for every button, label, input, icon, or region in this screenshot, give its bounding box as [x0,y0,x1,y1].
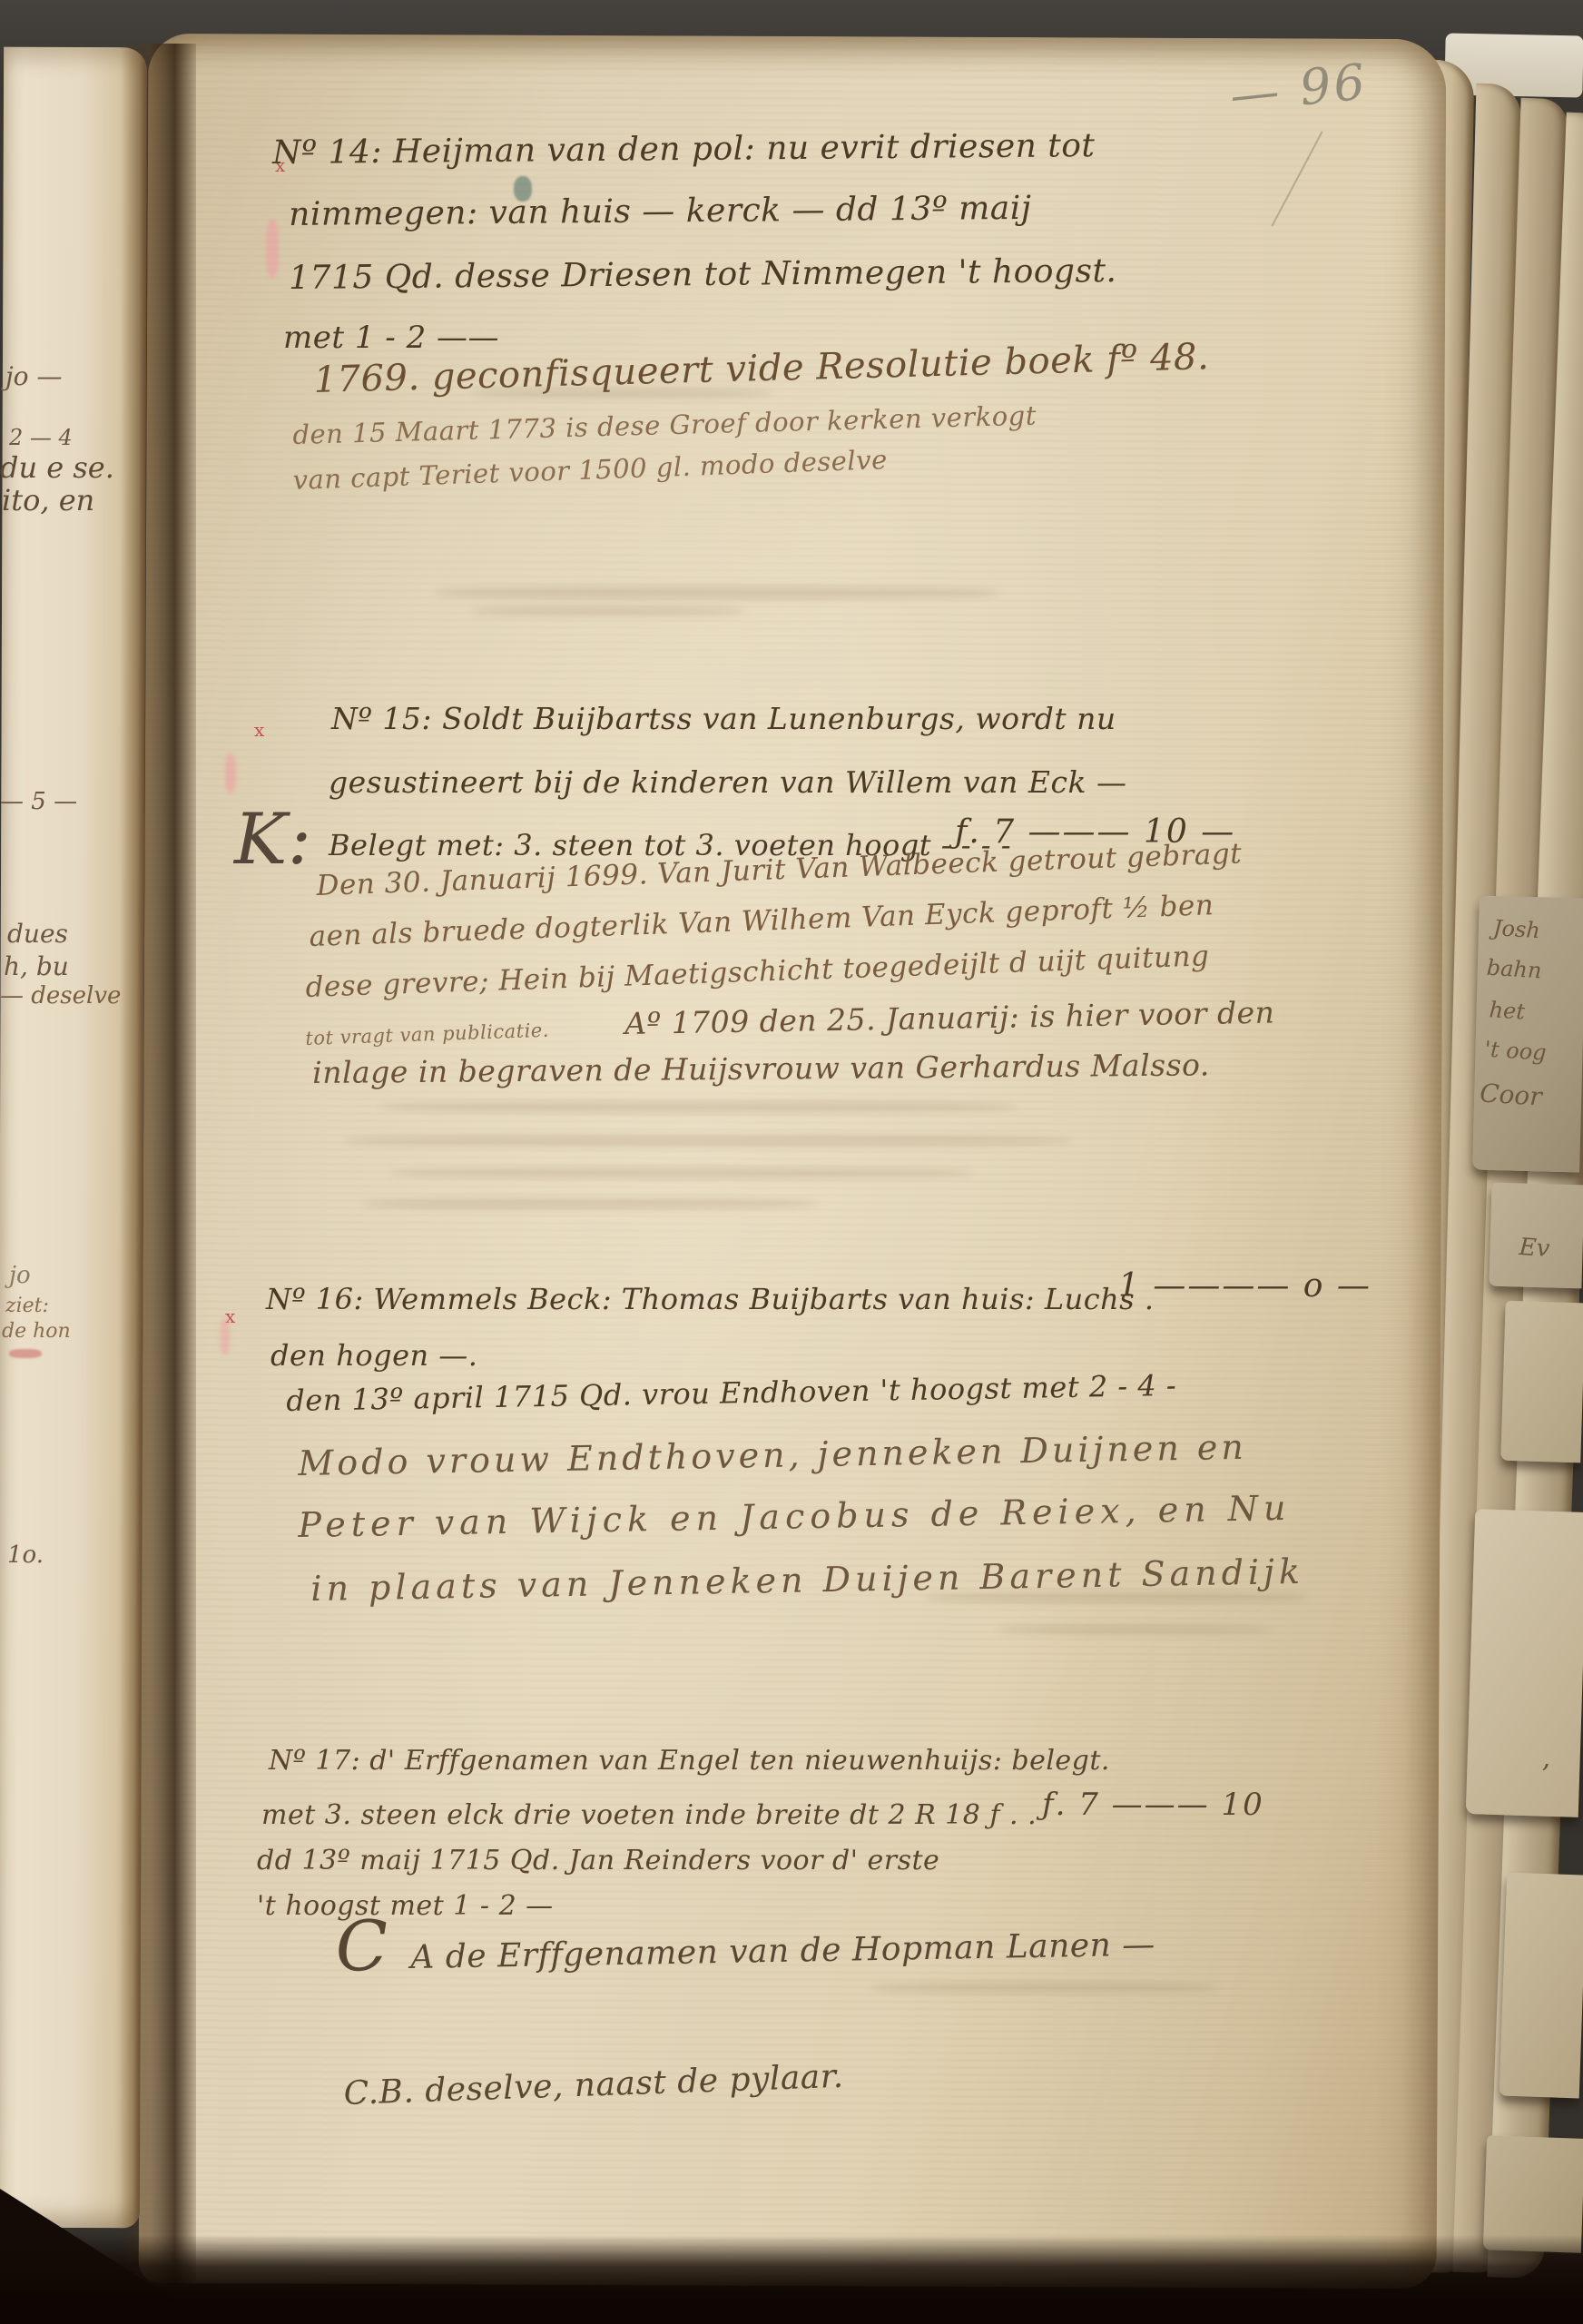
bleedthrough [390,1167,971,1178]
bleedthrough [363,1198,817,1209]
bleedthrough [345,1135,1071,1147]
left-page-fragment: ziet: [5,1295,49,1317]
left-page-fragment: jo — [5,361,62,391]
tab-text: bahn [1486,955,1542,984]
bleedthrough [472,606,744,615]
bleedthrough [998,1625,1271,1634]
entry17-line: dd 13º maij 1715 Qd. Jan Reinders voor d… [257,1845,939,1876]
pink-ink-smudge [221,1318,230,1354]
left-page-fragment: — 5 — [0,788,77,815]
entry17-amount: ƒ. 7 ——— 10 [1042,1787,1264,1823]
bookmark-tab-3 [1500,1301,1583,1463]
entry17-line: met 3. steen elck drie voeten inde breit… [261,1799,1037,1831]
bleedthrough [436,586,998,599]
entry14-line: met 1 - 2 —— [283,320,499,356]
tab-text: het [1489,997,1526,1024]
left-page-fragment: dues [7,919,68,949]
scan-shadow-bottom [0,2235,1583,2324]
entry17-flourish: ’ [1541,1759,1550,1791]
left-page-fragment: de hon [2,1320,71,1343]
entry16-line: Nº 16: Wemmels Beck: Thomas Buijbarts va… [266,1282,1155,1316]
entry15-line: Nº 15: Soldt Buijbartss van Lunenburgs, … [331,701,1116,736]
bookmark-tab-1: Josh bahn het 't oog Coor [1472,896,1583,1173]
entry16-line: den hogen —. [270,1338,477,1373]
bookmark-tab-5 [1499,1873,1583,2099]
pink-ink-smudge [266,220,279,278]
left-page-fragment: 1o. [7,1541,44,1569]
binding-gutter-shadow [120,44,196,2284]
tab-text: Ev [1519,1234,1550,1263]
left-page-fragment: ito, en [2,483,94,517]
entry14-line: 1715 Qd. desse Driesen tot Nimmegen 't h… [289,252,1117,297]
red-x-marker: x [254,719,264,741]
bookmark-tab-2: Ev [1489,1183,1583,1289]
manuscript-scan: Josh bahn het 't oog Coor Ev — 96 x Nº 1… [0,0,1583,2324]
margin-letter-K: K: [234,799,312,881]
left-page-fragment: 2 — 4 [9,425,73,450]
entry15-line: gesustineert bij de kinderen van Willem … [329,764,1126,800]
bookmark-tab-4 [1466,1509,1583,1817]
ca-initial: C [334,1905,390,1987]
red-ink-smudge [9,1349,42,1358]
left-page-fragment: du e se. [0,450,114,485]
entry14-line: Nº 14: Heijman van den pol: nu evrit dri… [272,127,1096,172]
pink-ink-smudge [225,753,236,793]
tab-text: 't oog [1484,1037,1548,1066]
left-page-fragment: — deselve [0,982,121,1009]
left-page-fragment: jo [9,1262,31,1289]
entry16-amount: 1 ———— o — [1118,1267,1372,1305]
tab-text: Coor [1479,1078,1542,1111]
entry17-line: 't hoogst met 1 - 2 — [257,1890,554,1922]
tab-text: Josh [1492,915,1540,943]
entry14-line: nimmegen: van huis — kerck — dd 13º maij [289,190,1032,233]
bleedthrough [381,1101,1017,1113]
entry17-line: Nº 17: d' Erffgenamen van Engel ten nieu… [269,1745,1110,1777]
left-page-fragment: h, bu [4,951,69,981]
bleedthrough [871,1983,1216,1993]
